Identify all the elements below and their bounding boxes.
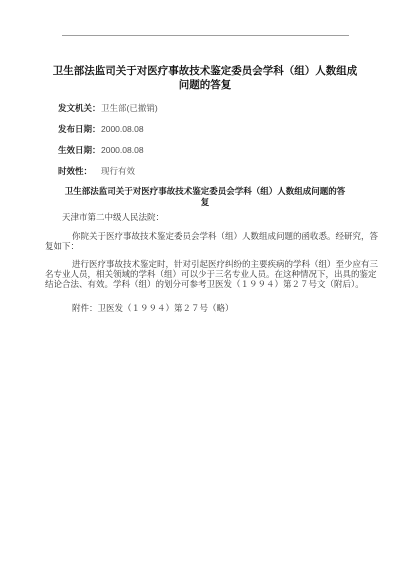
meta-row-validity-status: 时效性： 现行有效 <box>58 165 410 177</box>
salutation: 天津市第二中级人民法院： <box>45 212 379 222</box>
paragraph-main-reply: 进行医疗事故技术鉴定时，针对引起医疗纠纷的主要疾病的学科（组）至少应有三名专业人… <box>45 259 379 289</box>
attachment-note: 附件：卫医发（１９９４）第２７号（略） <box>45 303 379 313</box>
document-body: 天津市第二中级人民法院： 你院关于医疗事故技术鉴定委员会学科（组）人数组成问题的… <box>45 212 379 313</box>
document-meta: 发文机关： 卫生部(已撤销) 发布日期： 2000.08.08 生效日期： 20… <box>58 102 410 177</box>
paragraph-intro: 你院关于医疗事故技术鉴定委员会学科（组）人数组成问题的函收悉。经研究，答复如下： <box>45 231 379 251</box>
document-page: 卫生部法监司关于对医疗事故技术鉴定委员会学科（组）人数组成问题的答复 发文机关：… <box>0 0 410 580</box>
meta-value: 2000.08.08 <box>101 123 144 135</box>
top-divider <box>62 35 349 36</box>
meta-row-publish-date: 发布日期： 2000.08.08 <box>58 123 410 135</box>
document-title: 卫生部法监司关于对医疗事故技术鉴定委员会学科（组）人数组成问题的答复 <box>51 64 360 92</box>
meta-row-effective-date: 生效日期： 2000.08.08 <box>58 144 410 156</box>
meta-label: 发布日期： <box>58 123 101 135</box>
meta-value: 卫生部(已撤销) <box>101 102 158 114</box>
meta-value: 2000.08.08 <box>101 144 144 156</box>
meta-row-issuing-authority: 发文机关： 卫生部(已撤销) <box>58 102 410 114</box>
meta-value: 现行有效 <box>101 165 135 177</box>
meta-label: 生效日期： <box>58 144 101 156</box>
meta-label: 发文机关： <box>58 102 101 114</box>
meta-label: 时效性： <box>58 165 101 177</box>
document-subtitle: 卫生部法监司关于对医疗事故技术鉴定委员会学科（组）人数组成问题的答复 <box>62 186 348 208</box>
